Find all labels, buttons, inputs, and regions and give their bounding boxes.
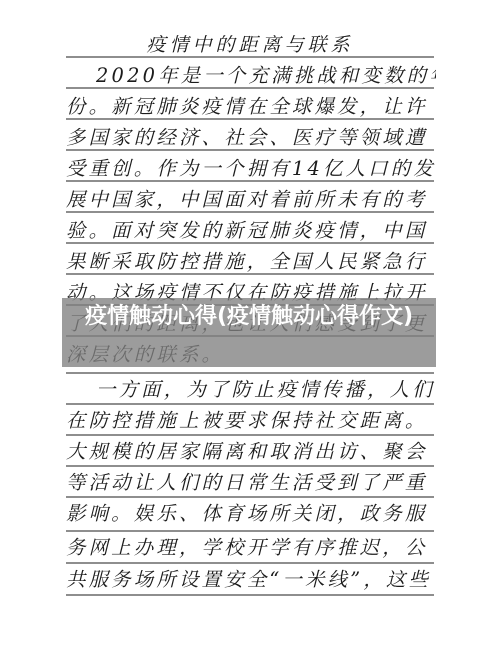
overlay-title: 疫情触动心得(疫情触动心得作文): [62, 304, 436, 330]
ruled-line: [66, 434, 434, 436]
ruled-line: [66, 56, 434, 58]
ruled-line: [66, 594, 434, 596]
essay-line: 务网上办理，学校开学有序推迟，公: [66, 536, 436, 560]
ruled-line: [66, 530, 434, 532]
ruled-line: [66, 211, 434, 213]
ruled-line: [66, 273, 434, 275]
essay-line: 果断采取防控措施，全国人民紧急行: [66, 250, 436, 274]
ruled-line: [66, 372, 434, 374]
essay-line: 2020年是一个充满挑战和变数的年: [66, 64, 436, 88]
essay-line: 大规模的居家隔离和取消出访、聚会: [66, 440, 436, 464]
ruled-line: [66, 465, 434, 467]
ruled-line: [66, 496, 434, 498]
essay-line: 受重创。作为一个拥有14亿人口的发: [66, 157, 436, 181]
essay-line: 影响。娱乐、体育场所关闭，政务服: [66, 502, 436, 526]
essay-line: 一方面，为了防止疫情传播，人们: [66, 378, 436, 402]
essay-line: 验。面对突发的新冠肺炎疫情，中国: [66, 219, 436, 243]
ruled-line: [66, 180, 434, 182]
ruled-line: [66, 562, 434, 564]
ruled-line: [66, 149, 434, 151]
ruled-line: [66, 403, 434, 405]
essay-line: 多国家的经济、社会、医疗等领域遭: [66, 126, 436, 150]
essay-line: 共服务场所设置安全“一米线”，这些: [66, 568, 436, 592]
ruled-line: [66, 242, 434, 244]
ruled-line: [66, 118, 434, 120]
essay-line: 份。新冠肺炎疫情在全球爆发，让许: [66, 95, 436, 119]
essay-line: 展中国家，中国面对着前所未有的考: [66, 188, 436, 212]
essay-line: 在防控措施上被要求保持社交距离。: [66, 409, 436, 433]
handwritten-essay-page: 疫情中的距离与联系 2020年是一个充满挑战和变数的年 份。新冠肺炎疫情在全球爆…: [0, 0, 500, 666]
essay-title: 疫情中的距离与联系: [66, 34, 434, 56]
ruled-line: [66, 87, 434, 89]
essay-line: 等活动让人们的日常生活受到了严重: [66, 471, 436, 495]
title-overlay-banner: 疫情触动心得(疫情触动心得作文): [62, 298, 436, 367]
